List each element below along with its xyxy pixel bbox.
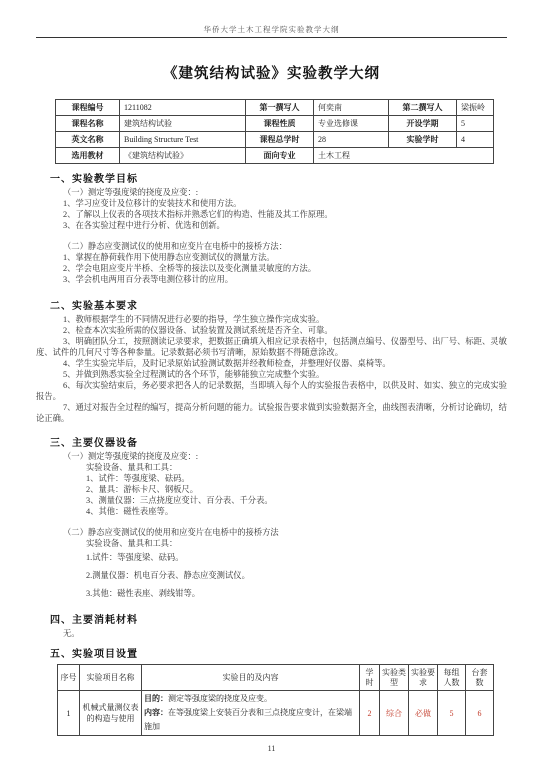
total-hours-value: 28 [314, 132, 389, 148]
project-purpose-content: 目的：测定等强度梁的挠度及应变。 内容：在等强度梁上安装百分表和三点挠度应变计，… [142, 691, 360, 736]
second-author-label: 第二撰写人 [389, 100, 457, 116]
table-row: 课程编号 1211082 第一撰写人 何奕南 第二撰写人 梁振岭 [56, 100, 494, 116]
course-info-table: 课程编号 1211082 第一撰写人 何奕南 第二撰写人 梁振岭 课程名称 建筑… [55, 99, 494, 164]
first-author-label: 第一撰写人 [246, 100, 314, 116]
list-item: 3、明确团队分工，按照测读记录要求，把数据正确填入相应记录表格中，包括测点编号、… [36, 336, 507, 358]
course-nature-label: 课程性质 [246, 116, 314, 132]
english-name-value: Building Structure Test [120, 132, 246, 148]
list-item: 1、掌握在静荷载作用下使用静态应变测试仪的测量方法。 [36, 252, 507, 263]
project-hours: 2 [360, 691, 380, 736]
page-title: 《建筑结构试验》实验教学大纲 [36, 62, 507, 83]
list-item: 4、学生实验完毕后，及时记录原始试验测试数据并经教师检查，并整理好仪器、桌椅等。 [36, 358, 507, 369]
course-name-value: 建筑结构试验 [120, 116, 246, 132]
col-header-type: 实验类型 [380, 665, 409, 691]
document-page: 华侨大学土木工程学院实验教学大纲 《建筑结构试验》实验教学大纲 课程编号 121… [0, 0, 543, 768]
project-requirement: 必做 [409, 691, 438, 736]
project-table-row: 1 机械式量测仪表的构造与使用 目的：测定等强度梁的挠度及应变。 内容：在等强度… [58, 691, 494, 736]
project-table-header-row: 序号 实验项目名称 实验目的及内容 学时 实验类型 实验要求 每组人数 台套数 [58, 665, 494, 691]
section-5-heading: 五、实验项目设置 [50, 645, 507, 660]
total-hours-label: 课程总学时 [246, 132, 314, 148]
textbook-label: 选用教材 [56, 148, 120, 164]
project-purpose-line: 目的：测定等强度梁的挠度及应变。 [144, 692, 357, 706]
course-name-label: 课程名称 [56, 116, 120, 132]
project-type: 综合 [380, 691, 409, 736]
table-row: 选用教材 《建筑结构试验》 面向专业 土木工程 [56, 148, 494, 164]
col-header-requirement: 实验要求 [409, 665, 438, 691]
list-item: 5、并做到熟悉实验全过程测试的各个环节，能够能独立完成整个实验。 [36, 369, 507, 380]
course-code-value: 1211082 [120, 100, 246, 116]
section-1-part-2-title: （二）静态应变测试仪的使用和应变片在电桥中的接桥方法： [36, 241, 507, 252]
list-item: 4、其他：磁性表座等。 [36, 506, 507, 517]
list-item: 1.试件：等强度梁、砝码。 [36, 549, 507, 567]
section-2-heading: 二、实验基本要求 [50, 297, 507, 312]
list-item: 7、通过对报告全过程的编写，提高分析问题的能力。试验报告要求做到实验数据齐全，曲… [36, 402, 507, 424]
list-item: 3、在各实验过程中进行分析、优选和创新。 [36, 220, 507, 231]
list-item: 3、测量仪器：三点挠度应变计、百分表、千分表。 [36, 495, 507, 506]
list-item: 1、教师根据学生的不同情况进行必要的指导，学生独立操作完成实验。 [36, 314, 507, 325]
list-item: 3、学会机电两用百分表等电测位移计的应用。 [36, 274, 507, 285]
content-text: 在等强度梁上安装百分表和三点挠度应变计，在梁端施加 [144, 708, 352, 731]
project-table: 序号 实验项目名称 实验目的及内容 学时 实验类型 实验要求 每组人数 台套数 … [57, 664, 494, 736]
section-4-heading: 四、主要消耗材料 [50, 611, 507, 626]
semester-value: 5 [457, 116, 494, 132]
col-header-index: 序号 [58, 665, 80, 691]
list-item: 2、检查本次实验所需的仪器设备、试验装置及测试系统是否齐全、可靠。 [36, 325, 507, 336]
section-3-part-1-title: （一）测定等强度梁的挠度及应变：: [36, 451, 507, 462]
list-item: 1、学习应变计及位移计的安装技术和使用方法。 [36, 198, 507, 209]
project-sets: 6 [466, 691, 494, 736]
lab-hours-label: 实验学时 [389, 132, 457, 148]
col-header-group-size: 每组人数 [438, 665, 466, 691]
spacer [36, 231, 507, 241]
list-item: 1、试件：等强度梁、砝码。 [36, 473, 507, 484]
major-value: 土木工程 [314, 148, 494, 164]
course-code-label: 课程编号 [56, 100, 120, 116]
textbook-value: 《建筑结构试验》 [120, 148, 246, 164]
page-number: 11 [36, 744, 507, 753]
purpose-label: 目的： [144, 694, 168, 703]
semester-label: 开设学期 [389, 116, 457, 132]
project-group-size: 5 [438, 691, 466, 736]
table-row: 课程名称 建筑结构试验 课程性质 专业选修课 开设学期 5 [56, 116, 494, 132]
equipment-list-intro: 实验设备、量具和工具： [36, 538, 507, 549]
lab-hours-value: 4 [457, 132, 494, 148]
section-1-part-1-title: （一）测定等强度梁的挠度及应变：: [36, 187, 507, 198]
project-content-line: 内容：在等强度梁上安装百分表和三点挠度应变计，在梁端施加 [144, 706, 357, 734]
section-3-part-2-title: （二）静态应变测试仪的使用和应变片在电桥中的接桥方法 [36, 527, 507, 538]
project-index: 1 [58, 691, 80, 736]
section-1-heading: 一、实验教学目标 [50, 170, 507, 185]
table-row: 英文名称 Building Structure Test 课程总学时 28 实验… [56, 132, 494, 148]
second-author-value: 梁振岭 [457, 100, 494, 116]
section-3-heading: 三、主要仪器设备 [50, 434, 507, 449]
header-rule [36, 37, 507, 38]
english-name-label: 英文名称 [56, 132, 120, 148]
col-header-sets: 台套数 [466, 665, 494, 691]
running-header: 华侨大学土木工程学院实验教学大纲 [36, 24, 507, 35]
course-nature-value: 专业选修课 [314, 116, 389, 132]
first-author-value: 何奕南 [314, 100, 389, 116]
purpose-text: 测定等强度梁的挠度及应变。 [168, 694, 272, 703]
section-4-content: 无。 [36, 628, 507, 639]
col-header-project-name: 实验项目名称 [80, 665, 142, 691]
col-header-purpose-content: 实验目的及内容 [142, 665, 360, 691]
equipment-list-intro: 实验设备、量具和工具： [36, 462, 507, 473]
running-header-text: 华侨大学土木工程学院实验教学大纲 [204, 25, 340, 34]
list-item: 2、学会电阻应变片半桥、全桥等的接法以及变化测量灵敏度的方法。 [36, 263, 507, 274]
list-item: 6、每次实验结束后，务必要求把各人的记录数据，当即填入每个人的实验报告表格中，以… [36, 380, 507, 402]
project-name: 机械式量测仪表的构造与使用 [80, 691, 142, 736]
list-item: 2.测量仪器：机电百分表、静态应变测试仪。 [36, 567, 507, 585]
col-header-hours: 学时 [360, 665, 380, 691]
major-label: 面向专业 [246, 148, 314, 164]
spacer [36, 517, 507, 527]
list-item: 3.其他：磁性表座、剥线钳等。 [36, 585, 507, 603]
list-item: 2、了解以上仪表的各项技术指标并熟悉它们的构造、性能及其工作原理。 [36, 209, 507, 220]
content-label: 内容： [144, 708, 168, 717]
list-item: 2、量具：游标卡尺、钢板尺。 [36, 484, 507, 495]
